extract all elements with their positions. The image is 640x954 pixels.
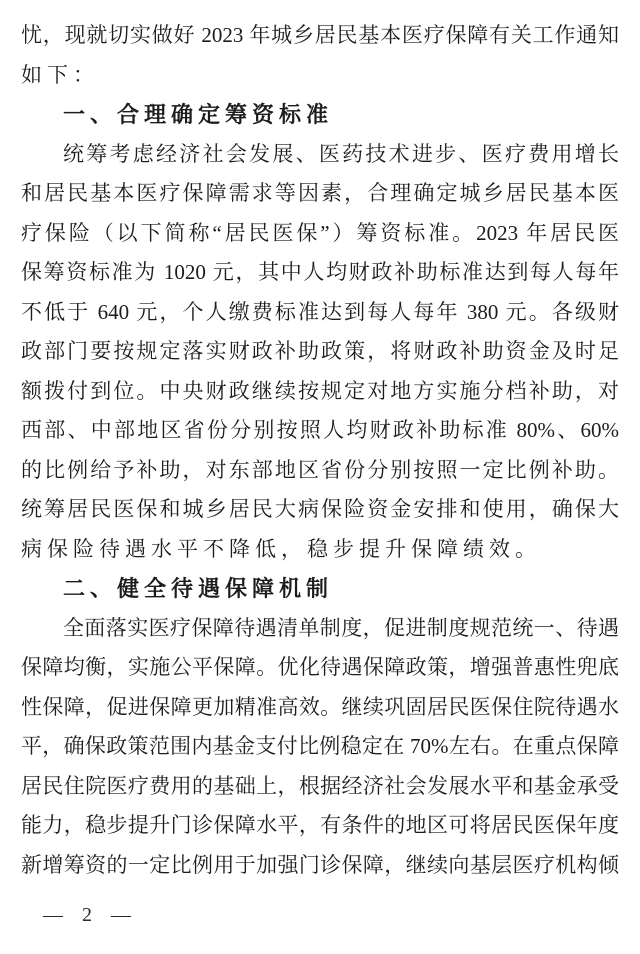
text-line: 如下：: [21, 56, 619, 96]
text-line: 能力，稳步提升门诊保障水平，有条件的地区可将居民医保年度: [21, 806, 619, 846]
text-line: 统筹考虑经济社会发展、医药技术进步、医疗费用增长: [21, 135, 619, 175]
text-line: 忧，现就切实做好 2023 年城乡居民基本医疗保障有关工作通知: [21, 16, 619, 56]
text-line: 的比例给予补助，对东部地区省份分别按照一定比例补助。: [21, 451, 619, 491]
text-line: 平，确保政策范围内基金支付比例稳定在 70%左右。在重点保障: [21, 727, 619, 767]
text-line: 疗保险（以下简称“居民医保”）筹资标准。2023 年居民医: [21, 214, 619, 254]
text-line: 新增筹资的一定比例用于加强门诊保障，继续向基层医疗机构倾: [21, 846, 619, 886]
text-line: 西部、中部地区省份分别按照人均财政补助标准 80%、60%: [21, 411, 619, 451]
document-page: 忧，现就切实做好 2023 年城乡居民基本医疗保障有关工作通知 如下： 一、合理…: [0, 0, 640, 954]
text-line: 性保障，促进保障更加精准高效。继续巩固居民医保住院待遇水: [21, 688, 619, 728]
text-line: 病保险待遇水平不降低，稳步提升保障绩效。: [21, 530, 619, 570]
text-line: 保筹资标准为 1020 元，其中人均财政补助标准达到每人每年: [21, 253, 619, 293]
text-line: 和居民基本医疗保障需求等因素，合理确定城乡居民基本医: [21, 174, 619, 214]
section-heading: 一、合理确定筹资标准: [21, 95, 619, 135]
text-line: 不低于 640 元，个人缴费标准达到每人每年 380 元。各级财: [21, 293, 619, 333]
text-line: 保障均衡，实施公平保障。优化待遇保障政策，增强普惠性兜底: [21, 648, 619, 688]
text-line: 额拨付到位。中央财政继续按规定对地方实施分档补助，对: [21, 372, 619, 412]
text-line: 居民住院医疗费用的基础上，根据经济社会发展水平和基金承受: [21, 767, 619, 807]
section-heading: 二、健全待遇保障机制: [21, 569, 619, 609]
page-number: — 2 —: [21, 900, 619, 930]
text-line: 政部门要按规定落实财政补助政策，将财政补助资金及时足: [21, 332, 619, 372]
text-line: 统筹居民医保和城乡居民大病保险资金安排和使用，确保大: [21, 490, 619, 530]
text-line: 全面落实医疗保障待遇清单制度，促进制度规范统一、待遇: [21, 609, 619, 649]
